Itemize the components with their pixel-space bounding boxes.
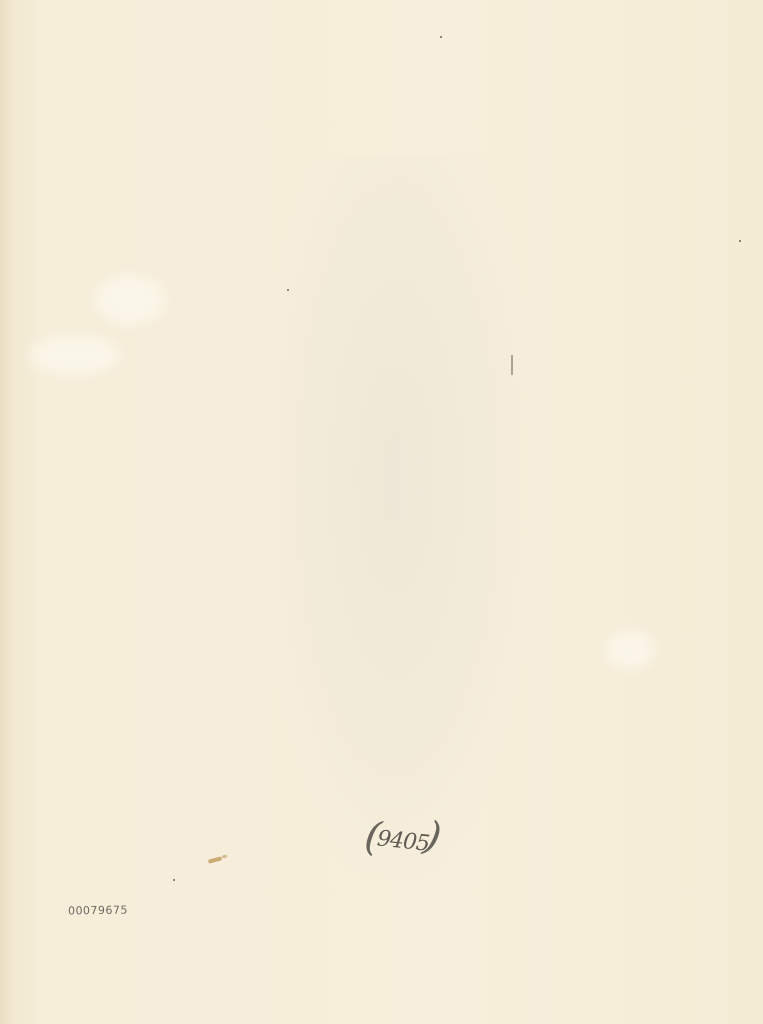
scanned-page: ( 9405 ) 00079675	[0, 0, 763, 1024]
speck	[440, 36, 442, 38]
paper-discoloration	[30, 335, 120, 375]
handwritten-catalog-number: ( 9405 )	[365, 815, 445, 875]
paper-discoloration	[95, 275, 165, 325]
speck	[173, 879, 175, 881]
rust-stain	[208, 856, 223, 863]
paper-discoloration	[605, 630, 655, 670]
speck	[287, 289, 289, 291]
rust-stain	[222, 854, 228, 858]
close-paren: )	[421, 816, 445, 858]
accession-number: 00079675	[68, 903, 128, 917]
speck	[739, 240, 741, 242]
pencil-mark	[511, 355, 513, 375]
bleed-through-shadow	[265, 155, 530, 875]
